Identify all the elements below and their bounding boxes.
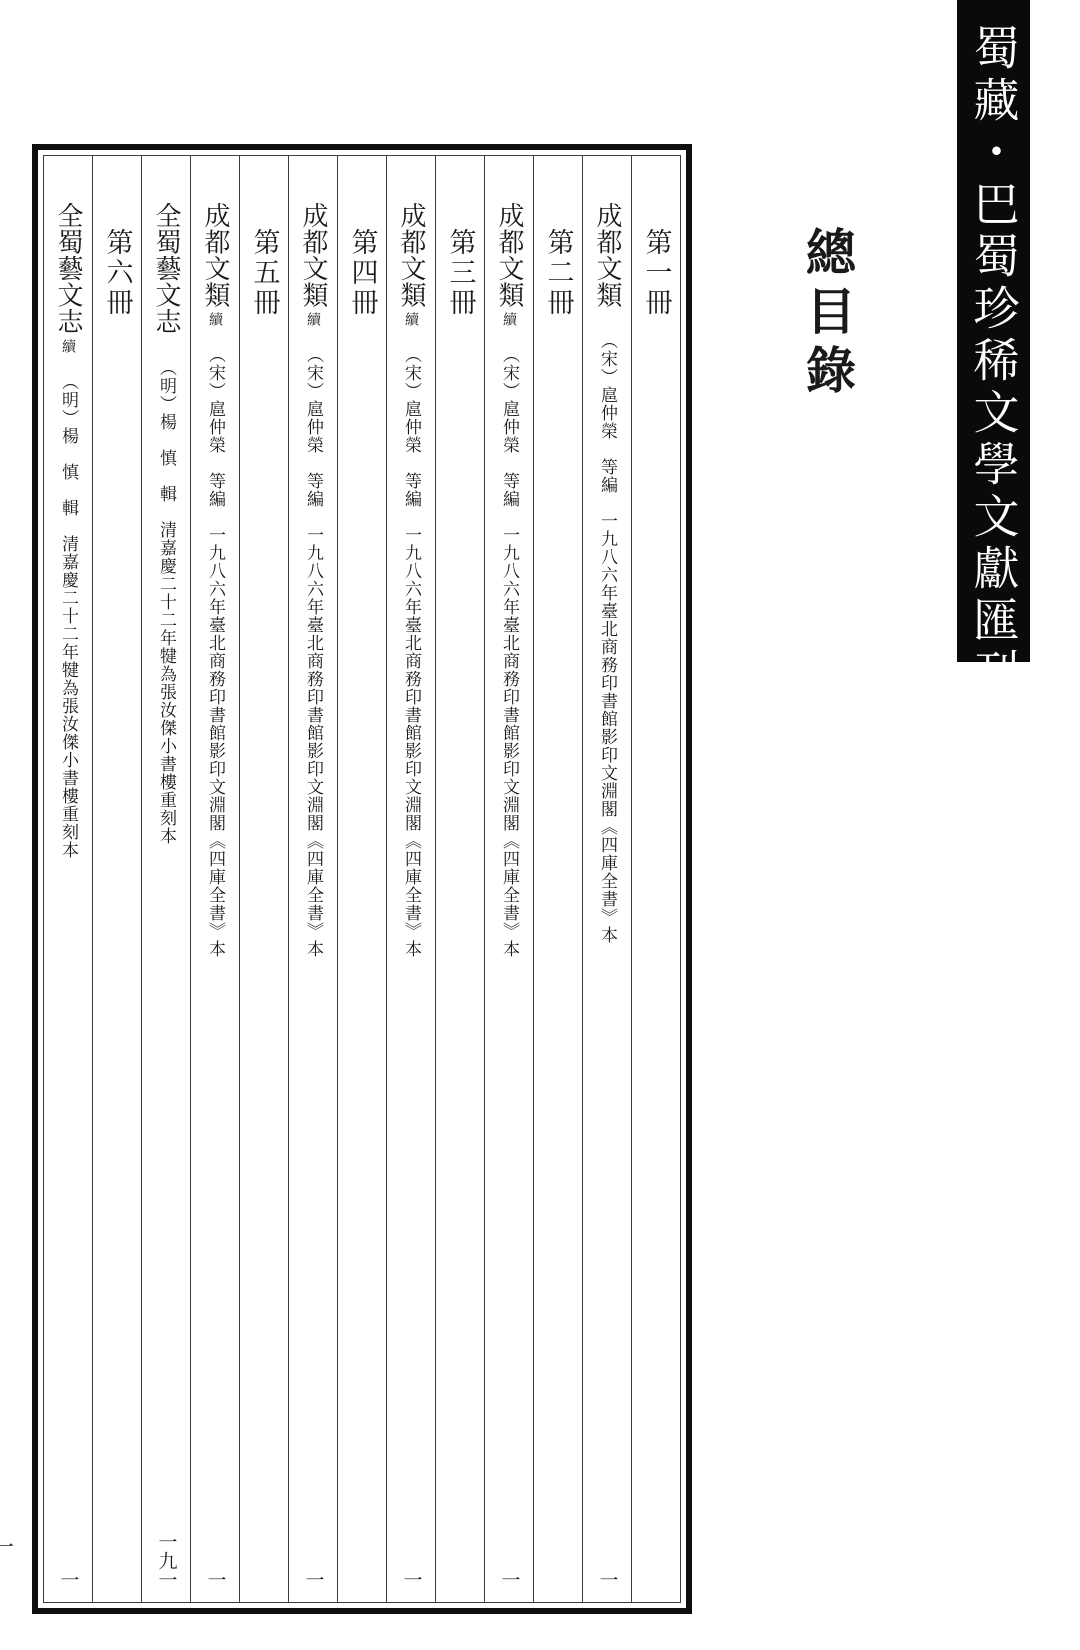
toc-column-entry: 成都文類續（宋）扈仲榮 等編 一九八六年臺北商務印書館影印文淵閣《四庫全書》本 … — [386, 156, 435, 1602]
toc-column-volume-6: 第六冊 — [92, 156, 141, 1602]
entry-note: （宋）扈仲榮 等編 一九八六年臺北商務印書館影印文淵閣《四庫全書》本 — [205, 346, 225, 958]
series-banner: 蜀藏・巴蜀珍稀文學文獻匯刊 — [957, 0, 1030, 662]
entry-page-number: 一 — [304, 1570, 323, 1589]
entry-continued-mark: 續 — [60, 339, 76, 353]
toc-column-volume-1: 第一冊 — [631, 156, 680, 1602]
toc-grid: 第一冊 成都文類（宋）扈仲榮 等編 一九八六年臺北商務印書館影印文淵閣《四庫全書… — [43, 155, 681, 1603]
page-title: 總目錄 — [802, 226, 852, 403]
entry-note: （宋）扈仲榮 等編 一九八六年臺北商務印書館影印文淵閣《四庫全書》本 — [401, 346, 421, 958]
volume-heading: 第一冊 — [643, 228, 670, 318]
entry-title: 成都文類 — [494, 202, 524, 308]
entry-title: 全蜀藝文志 — [53, 202, 83, 335]
toc-column-volume-5: 第五冊 — [239, 156, 288, 1602]
entry-page-number: 一 — [402, 1570, 421, 1589]
volume-heading: 第四冊 — [349, 228, 376, 318]
volume-heading: 第三冊 — [447, 228, 474, 318]
entry-note: （宋）扈仲榮 等編 一九八六年臺北商務印書館影印文淵閣《四庫全書》本 — [597, 332, 617, 944]
entry-title: 成都文類 — [200, 202, 230, 308]
toc-column-entry: 成都文類續（宋）扈仲榮 等編 一九八六年臺北商務印書館影印文淵閣《四庫全書》本 … — [190, 156, 239, 1602]
folio-page-number: 一 — [0, 1537, 14, 1558]
entry-title: 成都文類 — [592, 202, 622, 308]
entry-note: （宋）扈仲榮 等編 一九八六年臺北商務印書館影印文淵閣《四庫全書》本 — [303, 346, 323, 958]
entry-continued-mark: 續 — [207, 312, 223, 326]
entry-title: 成都文類 — [298, 202, 328, 308]
toc-column-volume-2: 第二冊 — [533, 156, 582, 1602]
volume-heading: 第六冊 — [104, 228, 131, 318]
toc-column-entry: 成都文類續（宋）扈仲榮 等編 一九八六年臺北商務印書館影印文淵閣《四庫全書》本 … — [288, 156, 337, 1602]
entry-title: 成都文類 — [396, 202, 426, 308]
entry-note: （明）楊 慎 輯 清嘉慶二十二年犍為張汝傑小書樓重刻本 — [156, 359, 176, 845]
entry-note: （明）楊 慎 輯 清嘉慶二十二年犍為張汝傑小書樓重刻本 — [58, 373, 78, 859]
series-title: 蜀藏・巴蜀珍稀文學文獻匯刊 — [971, 0, 1017, 662]
toc-frame: 第一冊 成都文類（宋）扈仲榮 等編 一九八六年臺北商務印書館影印文淵閣《四庫全書… — [32, 144, 692, 1614]
entry-continued-mark: 續 — [501, 312, 517, 326]
volume-heading: 第二冊 — [545, 228, 572, 318]
entry-page-number: 一 — [59, 1570, 78, 1589]
toc-column-volume-3: 第三冊 — [435, 156, 484, 1602]
toc-column-entry: 全蜀藝文志續（明）楊 慎 輯 清嘉慶二十二年犍為張汝傑小書樓重刻本 一 — [44, 156, 92, 1602]
entry-page-number: 一 — [206, 1570, 225, 1589]
entry-page-number: 一九一 — [157, 1532, 176, 1589]
page-title-block: 總目錄 — [794, 226, 860, 403]
toc-column-entry: 全蜀藝文志（明）楊 慎 輯 清嘉慶二十二年犍為張汝傑小書樓重刻本 一九一 — [141, 156, 190, 1602]
entry-page-number: 一 — [500, 1570, 519, 1589]
toc-column-entry: 成都文類續（宋）扈仲榮 等編 一九八六年臺北商務印書館影印文淵閣《四庫全書》本 … — [484, 156, 533, 1602]
entry-page-number: 一 — [598, 1570, 617, 1589]
entry-note: （宋）扈仲榮 等編 一九八六年臺北商務印書館影印文淵閣《四庫全書》本 — [499, 346, 519, 958]
entry-continued-mark: 續 — [305, 312, 321, 326]
volume-heading: 第五冊 — [251, 228, 278, 318]
entry-title: 全蜀藝文志 — [151, 202, 181, 335]
entry-continued-mark: 續 — [403, 312, 419, 326]
toc-column-entry: 成都文類（宋）扈仲榮 等編 一九八六年臺北商務印書館影印文淵閣《四庫全書》本 一 — [582, 156, 631, 1602]
toc-column-volume-4: 第四冊 — [337, 156, 386, 1602]
